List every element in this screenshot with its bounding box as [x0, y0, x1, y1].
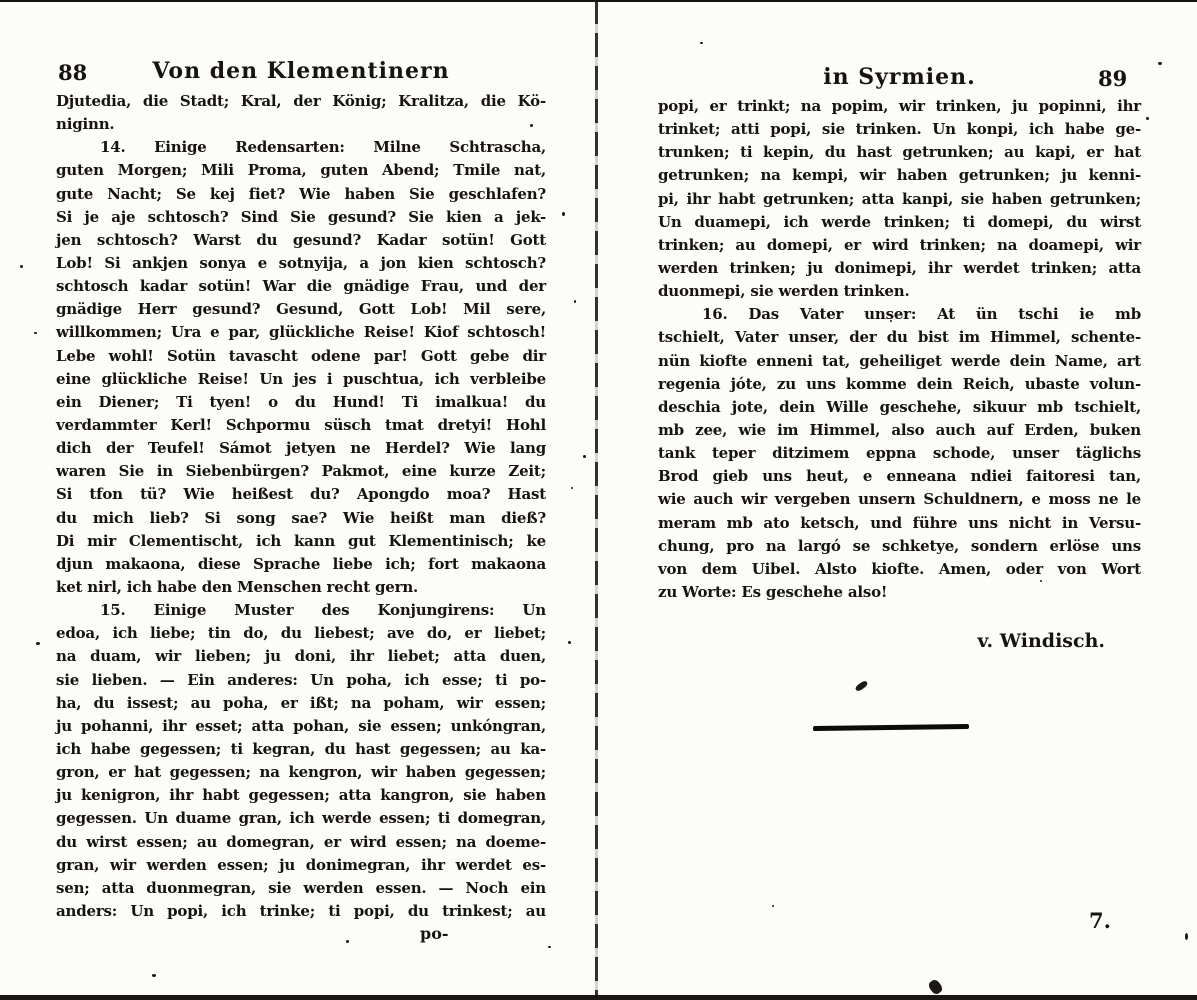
text-line: nün kiofte enneni tat, geheiliget werde …: [658, 350, 1141, 373]
text-line: Si je aje schtosch? Sind Sie gesund? Sie…: [56, 206, 546, 229]
text-line: trinket; atti popi, sie trinken. Un konp…: [658, 118, 1141, 141]
ink-speck: [583, 455, 586, 458]
ink-speck: [34, 332, 37, 334]
text-line: popi, er trinkt; na popim, wir trinken, …: [658, 95, 1141, 118]
text-line: Lebe wohl! Sotün tavascht odene par! Got…: [56, 345, 546, 368]
text-line: ju pohanni, ihr esset; atta pohan, sie e…: [56, 715, 546, 738]
center-fold-line: [595, 0, 598, 1000]
text-line: chung, pro na largó se schketye, sondern…: [658, 535, 1141, 558]
text-line: ju kenigron, ihr habt gegessen; atta kan…: [56, 784, 546, 807]
scan-edge-top: [0, 0, 1197, 2]
text-line: mb zee, wie im Himmel, also auch auf Erd…: [658, 419, 1141, 442]
text-line: verdammter Kerl! Schpormu süsch tmat dre…: [56, 414, 546, 437]
text-line: edoa, ich liebe; tin do, du liebest; ave…: [56, 622, 546, 645]
ink-speck: [1158, 62, 1162, 65]
right-page-number: 89: [1098, 66, 1127, 91]
ink-speck: [890, 320, 892, 322]
ink-speck: [1040, 580, 1042, 582]
ink-speck: [571, 487, 573, 489]
left-running-title: Von den Klementinern: [56, 58, 546, 84]
text-line: sen; atta duonmegran, sie werden essen. …: [56, 877, 546, 900]
text-line: 15. Einige Muster des Konjungirens: Un: [56, 599, 546, 622]
text-line: 16. Das Vater unser: At ün tschi ie mb: [658, 303, 1141, 326]
text-line: von dem Uibel. Alsto kiofte. Amen, oder …: [658, 558, 1141, 581]
text-line: gran, wir werden essen; ju donimegran, i…: [56, 854, 546, 877]
text-line: willkommen; Ura e par, glückliche Reise!…: [56, 321, 546, 344]
text-line: Brod gieb uns heut, e enneana ndiei fait…: [658, 465, 1141, 488]
text-line: ein Diener; Ti tyen! o du Hund! Ti imalk…: [56, 391, 546, 414]
text-line: gegessen. Un duame gran, ich werde essen…: [56, 807, 546, 830]
text-line: tank teper ditzimem eppna schode, unser …: [658, 442, 1141, 465]
text-line: ket nirl, ich habe den Menschen recht ge…: [56, 576, 546, 599]
ink-speck: [700, 42, 703, 44]
text-line: getrunken; na kempi, wir haben getrunken…: [658, 164, 1141, 187]
text-line: Si tfon tü? Wie heißest du? Apongdo moa?…: [56, 483, 546, 506]
text-line: anders: Un popi, ich trinke; ti popi, du…: [56, 900, 546, 923]
text-line: na duam, wir lieben; ju doni, ihr liebet…: [56, 645, 546, 668]
ink-speck: [346, 940, 349, 943]
gathering-mark: 7.: [1089, 908, 1111, 933]
section-end-rule: [813, 724, 969, 731]
text-line: regenia jóte, zu uns komme dein Reich, u…: [658, 373, 1141, 396]
text-line: waren Sie in Siebenbürgen? Pakmot, eine …: [56, 460, 546, 483]
right-running-title: in Syrmien.: [658, 64, 1141, 90]
catchword: po-: [420, 924, 449, 943]
book-scan: 88 Von den Klementinern Djutedia, die St…: [0, 0, 1197, 1000]
ink-speck: [530, 124, 533, 127]
text-line: du mich lieb? Si song sae? Wie heißt man…: [56, 507, 546, 530]
text-line: deschia jote, dein Wille geschehe, sikuu…: [658, 396, 1141, 419]
ink-speck: [1146, 117, 1149, 120]
ink-speck: [1185, 933, 1188, 940]
text-line: du wirst essen; au domegran, er wird ess…: [56, 831, 546, 854]
ink-speck: [36, 642, 40, 645]
right-page-text: popi, er trinkt; na popim, wir trinken, …: [658, 95, 1141, 604]
ink-speck: [548, 946, 551, 948]
text-line: djun makaona, diese Sprache liebe ich; f…: [56, 553, 546, 576]
text-line: wie auch wir vergeben unsern Schuldnern,…: [658, 488, 1141, 511]
text-line: Lob! Si ankjen sonya e sotnyija, a jon k…: [56, 252, 546, 275]
text-line: zu Worte: Es geschehe also!: [658, 581, 1141, 604]
text-line: gron, er hat gegessen; na kengron, wir h…: [56, 761, 546, 784]
ink-speck: [20, 265, 23, 268]
text-line: trunken; ti kepin, du hast getrunken; au…: [658, 141, 1141, 164]
ink-speck: [854, 680, 868, 692]
ink-speck: [568, 641, 571, 644]
text-line: 14. Einige Redensarten: Milne Schtrascha…: [56, 136, 546, 159]
text-line: tschielt, Vater unser, der du bist im Hi…: [658, 326, 1141, 349]
text-line: guten Morgen; Mili Proma, guten Abend; T…: [56, 159, 546, 182]
ink-speck: [152, 974, 156, 977]
text-line: trinken; au domepi, er wird trinken; na …: [658, 234, 1141, 257]
text-line: gute Nacht; Se kej fiet? Wie haben Sie g…: [56, 183, 546, 206]
text-line: pi, ihr habt getrunken; atta kanpi, sie …: [658, 188, 1141, 211]
text-line: sie lieben. — Ein anderes: Un poha, ich …: [56, 669, 546, 692]
ink-speck: [772, 905, 774, 907]
text-line: Un duamepi, ich werde trinken; ti domepi…: [658, 211, 1141, 234]
text-line: dich der Teufel! Sámot jetyen ne Herdel?…: [56, 437, 546, 460]
text-line: Di mir Clementischt, ich kann gut Klemen…: [56, 530, 546, 553]
author-signature: v. Windisch.: [658, 630, 1141, 652]
ink-speck: [574, 300, 576, 303]
text-line: ich habe gegessen; ti kegran, du hast ge…: [56, 738, 546, 761]
scan-edge-bottom: [0, 995, 1197, 1000]
ink-speck: [927, 978, 944, 996]
text-line: niginn.: [56, 113, 546, 136]
text-line: eine glückliche Reise! Un jes i puschtua…: [56, 368, 546, 391]
text-line: werden trinken; ju donimepi, ihr werdet …: [658, 257, 1141, 280]
text-line: duonmepi, sie werden trinken.: [658, 280, 1141, 303]
text-line: ha, du issest; au poha, er ißt; na poham…: [56, 692, 546, 715]
text-line: gnädige Herr gesund? Gesund, Gott Lob! M…: [56, 298, 546, 321]
text-line: jen schtosch? Warst du gesund? Kadar sot…: [56, 229, 546, 252]
left-page-text: Djutedia, die Stadt; Kral, der König; Kr…: [56, 90, 546, 923]
ink-speck: [562, 212, 565, 216]
text-line: schtosch kadar sotün! War die gnädige Fr…: [56, 275, 546, 298]
text-line: meram mb ato ketsch, und führe uns nicht…: [658, 512, 1141, 535]
text-line: Djutedia, die Stadt; Kral, der König; Kr…: [56, 90, 546, 113]
